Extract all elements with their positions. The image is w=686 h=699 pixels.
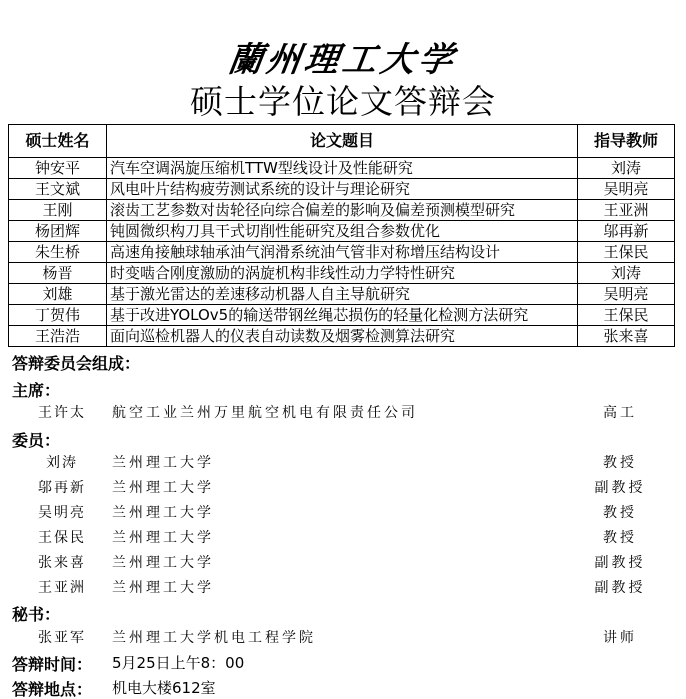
- student-name: 王刚: [9, 200, 107, 221]
- thesis-topic: 基于改进YOLOv5的输送带钢丝绳芯损伤的轻量化检测方法研究: [107, 305, 578, 326]
- member-org: 兰州理工大学: [112, 527, 214, 547]
- advisor-name: 吴明亮: [578, 179, 675, 200]
- table-row: 杨晋时变啮合刚度激励的涡旋机构非线性动力学特性研究刘涛: [9, 263, 675, 284]
- member-rank: 教授: [590, 502, 650, 522]
- defense-place-value: 机电大楼612室: [112, 677, 216, 698]
- student-name: 王文斌: [9, 179, 107, 200]
- member-rank: 教授: [590, 527, 650, 547]
- defense-time-value: 5月25日上午8：00: [112, 652, 244, 673]
- table-row: 朱生桥高速角接触球轴承油气润滑系统油气管非对称增压结构设计王保民: [9, 242, 675, 263]
- student-name: 杨团辉: [9, 221, 107, 242]
- advisor-name: 邬再新: [578, 221, 675, 242]
- member-org: 兰州理工大学: [112, 577, 214, 597]
- chair-org: 航空工业兰州万里航空机电有限责任公司: [112, 402, 418, 422]
- secretary-org: 兰州理工大学机电工程学院: [112, 627, 316, 647]
- member-rank: 副教授: [590, 477, 650, 497]
- member-rank: 副教授: [590, 577, 650, 597]
- committee-heading: 答辩委员会组成：: [12, 351, 140, 374]
- table-row: 王浩浩面向巡检机器人的仪表自动读数及烟雾检测算法研究张来喜: [9, 326, 675, 347]
- member-name: 张来喜: [32, 552, 92, 572]
- secretary-label: 秘书：: [12, 602, 60, 625]
- chair-rank: 高工: [590, 402, 650, 422]
- members-label: 委员：: [12, 428, 60, 451]
- member-org: 兰州理工大学: [112, 477, 214, 497]
- member-name: 吴明亮: [32, 502, 92, 522]
- student-name: 丁贺伟: [9, 305, 107, 326]
- chair-label: 主席：: [12, 378, 60, 401]
- thesis-topic: 基于激光雷达的差速移动机器人自主导航研究: [107, 284, 578, 305]
- thesis-table: 硕士姓名 论文题目 指导教师 钟安平汽车空调涡旋压缩机TTW型线设计及性能研究刘…: [8, 124, 675, 347]
- page-title: 硕士学位论文答辩会: [0, 82, 686, 122]
- secretary-rank: 讲师: [590, 627, 650, 647]
- student-name: 钟安平: [9, 158, 107, 179]
- member-rank: 教授: [590, 452, 650, 472]
- thesis-topic: 风电叶片结构疲劳测试系统的设计与理论研究: [107, 179, 578, 200]
- member-org: 兰州理工大学: [112, 452, 214, 472]
- member-name: 刘涛: [32, 452, 92, 472]
- table-row: 刘雄基于激光雷达的差速移动机器人自主导航研究吴明亮: [9, 284, 675, 305]
- member-name: 王亚洲: [32, 577, 92, 597]
- member-rank: 副教授: [590, 552, 650, 572]
- table-row: 王刚滚齿工艺参数对齿轮径向综合偏差的影响及偏差预测模型研究王亚洲: [9, 200, 675, 221]
- column-header-topic: 论文题目: [107, 125, 578, 158]
- table-row: 钟安平汽车空调涡旋压缩机TTW型线设计及性能研究刘涛: [9, 158, 675, 179]
- column-header-advisor: 指导教师: [578, 125, 675, 158]
- thesis-topic: 滚齿工艺参数对齿轮径向综合偏差的影响及偏差预测模型研究: [107, 200, 578, 221]
- thesis-topic: 钝圆微织构刀具干式切削性能研究及组合参数优化: [107, 221, 578, 242]
- student-name: 刘雄: [9, 284, 107, 305]
- advisor-name: 刘涛: [578, 263, 675, 284]
- defense-place-label: 答辩地点：: [12, 677, 92, 699]
- advisor-name: 张来喜: [578, 326, 675, 347]
- table-row: 杨团辉钝圆微织构刀具干式切削性能研究及组合参数优化邬再新: [9, 221, 675, 242]
- member-name: 邬再新: [32, 477, 92, 497]
- advisor-name: 王保民: [578, 305, 675, 326]
- chair-name: 王许太: [32, 402, 92, 422]
- student-name: 杨晋: [9, 263, 107, 284]
- table-header-row: 硕士姓名 论文题目 指导教师: [9, 125, 675, 158]
- secretary-name: 张亚军: [32, 627, 92, 647]
- advisor-name: 刘涛: [578, 158, 675, 179]
- table-row: 丁贺伟基于改进YOLOv5的输送带钢丝绳芯损伤的轻量化检测方法研究王保民: [9, 305, 675, 326]
- thesis-topic: 高速角接触球轴承油气润滑系统油气管非对称增压结构设计: [107, 242, 578, 263]
- member-org: 兰州理工大学: [112, 552, 214, 572]
- table-row: 王文斌风电叶片结构疲劳测试系统的设计与理论研究吴明亮: [9, 179, 675, 200]
- column-header-student: 硕士姓名: [9, 125, 107, 158]
- member-org: 兰州理工大学: [112, 502, 214, 522]
- university-logo: 蘭州理工大学: [0, 32, 686, 81]
- member-name: 王保民: [32, 527, 92, 547]
- thesis-topic: 时变啮合刚度激励的涡旋机构非线性动力学特性研究: [107, 263, 578, 284]
- student-name: 朱生桥: [9, 242, 107, 263]
- defense-time-label: 答辩时间：: [12, 652, 92, 675]
- advisor-name: 王亚洲: [578, 200, 675, 221]
- advisor-name: 王保民: [578, 242, 675, 263]
- advisor-name: 吴明亮: [578, 284, 675, 305]
- student-name: 王浩浩: [9, 326, 107, 347]
- thesis-topic: 面向巡检机器人的仪表自动读数及烟雾检测算法研究: [107, 326, 578, 347]
- thesis-topic: 汽车空调涡旋压缩机TTW型线设计及性能研究: [107, 158, 578, 179]
